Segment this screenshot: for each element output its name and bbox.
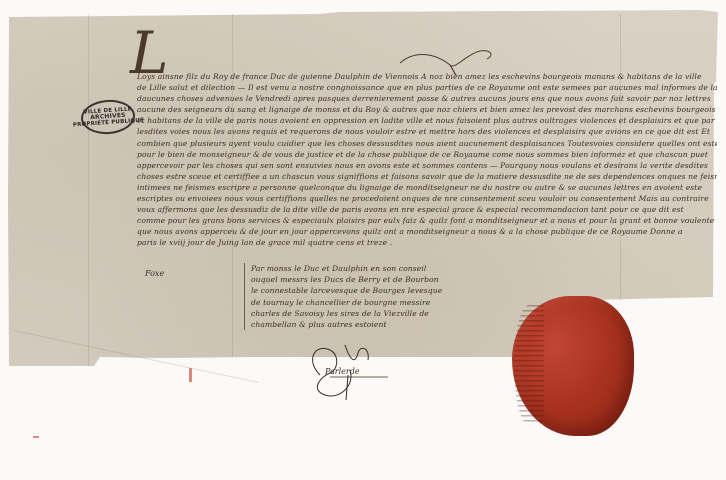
body-line: paris le xviij jour de Juing lan de grac… bbox=[137, 237, 717, 248]
body-line: Loys ainsne filz du Roy de france Duc de… bbox=[137, 71, 717, 82]
council-line: de tournay le chancellier de bourgne mes… bbox=[251, 297, 442, 308]
seal-ridges bbox=[514, 305, 544, 425]
body-line: escriptes ou envoiees nous vous certiffi… bbox=[137, 193, 717, 204]
council-line: le connestable larcevesque de Bourges le… bbox=[251, 285, 442, 296]
body-line: choses estre sceue et certiffiee a un ch… bbox=[137, 171, 717, 182]
body-line: intimees ne feismes escripre a personne … bbox=[137, 182, 717, 193]
body-line: et habitans de la ville de paris nous av… bbox=[137, 115, 717, 126]
council-line: chambellan & plus autres estoient bbox=[251, 319, 442, 330]
body-line: de Lille salut et dilection — Il est ven… bbox=[137, 82, 717, 93]
fold-line-vertical-left bbox=[88, 14, 89, 366]
council-line: Par monss le Duc et Daulphin en son cons… bbox=[251, 263, 442, 274]
council-note: Par monss le Duc et Daulphin en son cons… bbox=[244, 263, 442, 330]
council-line: charles de Savoisy les sires de la Viezv… bbox=[251, 308, 442, 319]
red-ink-mark bbox=[33, 436, 39, 438]
body-line: appercevoir par les choses qui sen sont … bbox=[137, 160, 717, 171]
council-line: ouquel messrs les Ducs de Berry et de Bo… bbox=[251, 274, 442, 285]
notary-mark: Foxe bbox=[145, 269, 164, 278]
body-line: pour le bien de monseigneur & de vous de… bbox=[137, 149, 717, 160]
body-line: que nous avons apperceu & de jour en jou… bbox=[137, 226, 717, 237]
body-line: aucune des seigneurs du sang et lignaige… bbox=[137, 104, 717, 115]
body-line: comme pour les grans bons services & esp… bbox=[137, 215, 717, 226]
red-ink-mark bbox=[189, 368, 192, 382]
signature-name: Parlerde bbox=[325, 367, 360, 376]
body-line: lesdites voies nous les avons requis et … bbox=[137, 126, 717, 137]
charter-body-text: Loys ainsne filz du Roy de france Duc de… bbox=[137, 71, 717, 249]
body-line: daucunes choses advenues le Vendredi apr… bbox=[137, 93, 717, 104]
body-line: combien que plusieurs ayent voulu cuidie… bbox=[137, 138, 717, 149]
body-line: vous affermons que les dessusdiz de la d… bbox=[137, 204, 717, 215]
